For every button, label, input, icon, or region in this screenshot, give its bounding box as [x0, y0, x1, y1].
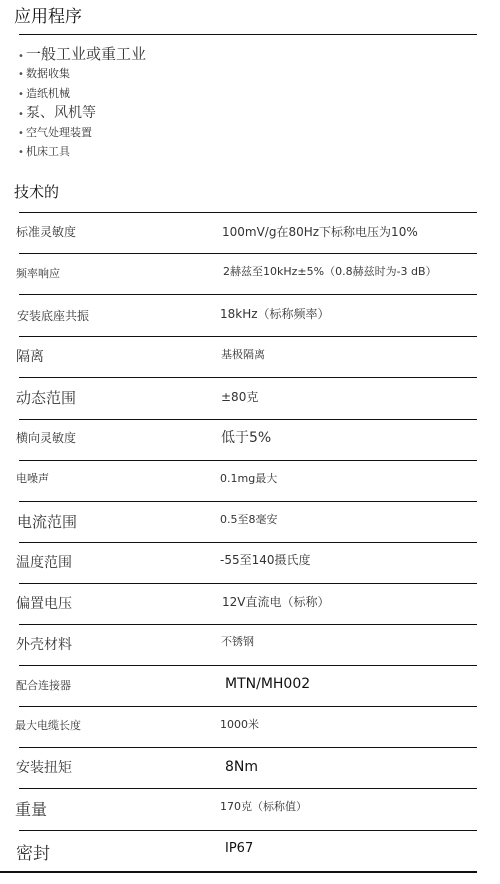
technical-heading: 技术的 — [14, 181, 59, 202]
list-item: •空气处理装置 — [18, 124, 92, 140]
spec-row: 外壳材料 不锈钢 — [0, 625, 500, 665]
spec-row: 重量 170克（标称值） — [0, 789, 500, 829]
bullet-icon: • — [18, 69, 26, 80]
spec-row: 隔离 基极隔离 — [0, 337, 500, 377]
applications-heading: 应用程序 — [14, 2, 82, 27]
spec-row: 密封 IP67 — [0, 831, 500, 871]
spec-row: 安装扭矩 8Nm — [0, 748, 500, 788]
bullet-icon: • — [18, 147, 26, 158]
list-item: •一般工业或重工业 — [18, 43, 146, 64]
list-item: •数据收集 — [18, 65, 70, 81]
list-item: •造纸机械 — [18, 85, 70, 101]
bullet-icon: • — [18, 89, 26, 100]
spec-row: 电流范围 0.5至8毫安 — [0, 502, 500, 542]
list-item: •泵、风机等 — [18, 102, 96, 122]
list-item: •机床工具 — [18, 143, 70, 159]
spec-row: 标准灵敏度 100mV/g在80Hz下标称电压为10% — [0, 213, 500, 253]
bullet-icon: • — [18, 109, 26, 120]
spec-row: 电噪声 0.1mg最大 — [0, 461, 500, 501]
bullet-icon: • — [18, 128, 26, 139]
spec-row: 动态范围 ±80克 — [0, 378, 500, 418]
spec-row: 最大电缆长度 1000米 — [0, 707, 500, 747]
spec-row: 配合连接器 MTN/MH002 — [0, 666, 500, 706]
spec-row: 偏置电压 12V直流电（标称） — [0, 584, 500, 624]
spec-row: 频率响应 2赫兹至10kHz±5%（0.8赫兹时为-3 dB） — [0, 254, 500, 294]
bullet-icon: • — [18, 51, 26, 62]
spec-row: 温度范围 -55至140摄氏度 — [0, 543, 500, 583]
divider — [0, 871, 477, 873]
spec-row: 安装底座共振 18kHz（标称频率） — [0, 295, 500, 335]
divider — [19, 34, 477, 35]
spec-row: 横向灵敏度 低于5% — [0, 420, 500, 460]
